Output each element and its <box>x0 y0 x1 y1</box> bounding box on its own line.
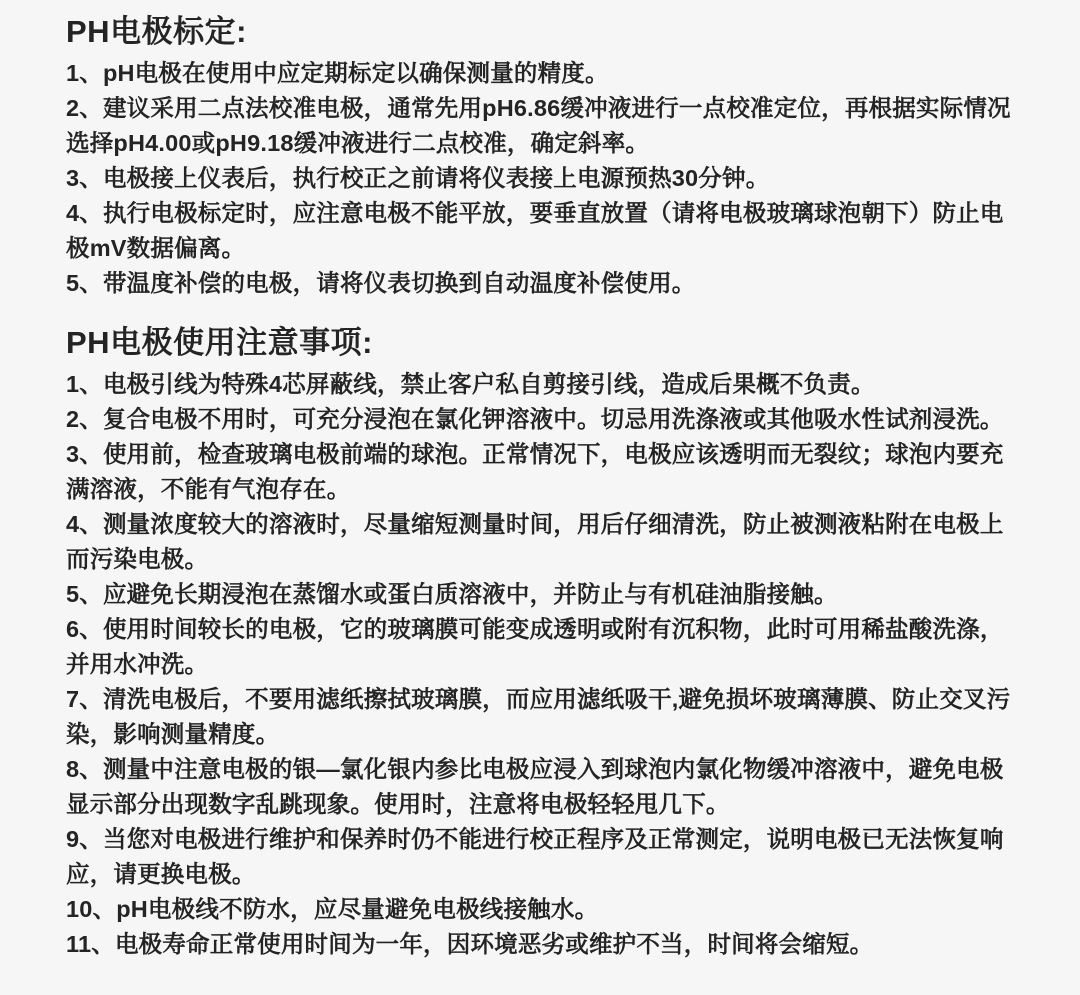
usage-notes-section-title: PH电极使用注意事项: <box>66 321 1020 365</box>
usage-note-6: 6、使用时间较长的电极，它的玻璃膜可能变成透明或附有沉积物，此时可用稀盐酸洗涤，… <box>66 612 1020 682</box>
calibration-section-title: PH电极标定: <box>66 10 1020 54</box>
calibration-item-4: 4、执行电极标定时，应注意电极不能平放，要垂直放置（请将电极玻璃球泡朝下）防止电… <box>66 196 1020 266</box>
calibration-item-1: 1、pH电极在使用中应定期标定以确保测量的精度。 <box>66 56 1020 91</box>
usage-note-9: 9、当您对电极进行维护和保养时仍不能进行校正程序及正常测定，说明电极已无法恢复响… <box>66 822 1020 892</box>
section-usage-notes: PH电极使用注意事项: 1、电极引线为特殊4芯屏蔽线，禁止客户私自剪接引线，造成… <box>66 321 1020 962</box>
usage-note-2: 2、复合电极不用时，可充分浸泡在氯化钾溶液中。切忌用洗涤液或其他吸水性试剂浸洗。 <box>66 402 1020 437</box>
usage-note-1: 1、电极引线为特殊4芯屏蔽线，禁止客户私自剪接引线，造成后果概不负责。 <box>66 367 1020 402</box>
usage-note-10: 10、pH电极线不防水，应尽量避免电极线接触水。 <box>66 892 1020 927</box>
calibration-item-5: 5、带温度补偿的电极，请将仪表切换到自动温度补偿使用。 <box>66 266 1020 301</box>
usage-note-11: 11、电极寿命正常使用时间为一年，因环境恶劣或维护不当，时间将会缩短。 <box>66 927 1020 962</box>
calibration-item-3: 3、电极接上仪表后，执行校正之前请将仪表接上电源预热30分钟。 <box>66 161 1020 196</box>
usage-note-4: 4、测量浓度较大的溶液时，尽量缩短测量时间，用后仔细清洗，防止被测液粘附在电极上… <box>66 507 1020 577</box>
section-calibration: PH电极标定: 1、pH电极在使用中应定期标定以确保测量的精度。 2、建议采用二… <box>66 10 1020 301</box>
ph-electrode-instructions-page: PH电极标定: 1、pH电极在使用中应定期标定以确保测量的精度。 2、建议采用二… <box>0 0 1080 995</box>
usage-note-8: 8、测量中注意电极的银—氯化银内参比电极应浸入到球泡内氯化物缓冲溶液中，避免电极… <box>66 752 1020 822</box>
usage-note-3: 3、使用前，检查玻璃电极前端的球泡。正常情况下，电极应该透明而无裂纹；球泡内要充… <box>66 437 1020 507</box>
calibration-item-2: 2、建议采用二点法校准电极，通常先用pH6.86缓冲液进行一点校准定位，再根据实… <box>66 91 1020 161</box>
usage-note-7: 7、清洗电极后，不要用滤纸擦拭玻璃膜，而应用滤纸吸干,避免损坏玻璃薄膜、防止交叉… <box>66 682 1020 752</box>
usage-note-5: 5、应避免长期浸泡在蒸馏水或蛋白质溶液中，并防止与有机硅油脂接触。 <box>66 577 1020 612</box>
